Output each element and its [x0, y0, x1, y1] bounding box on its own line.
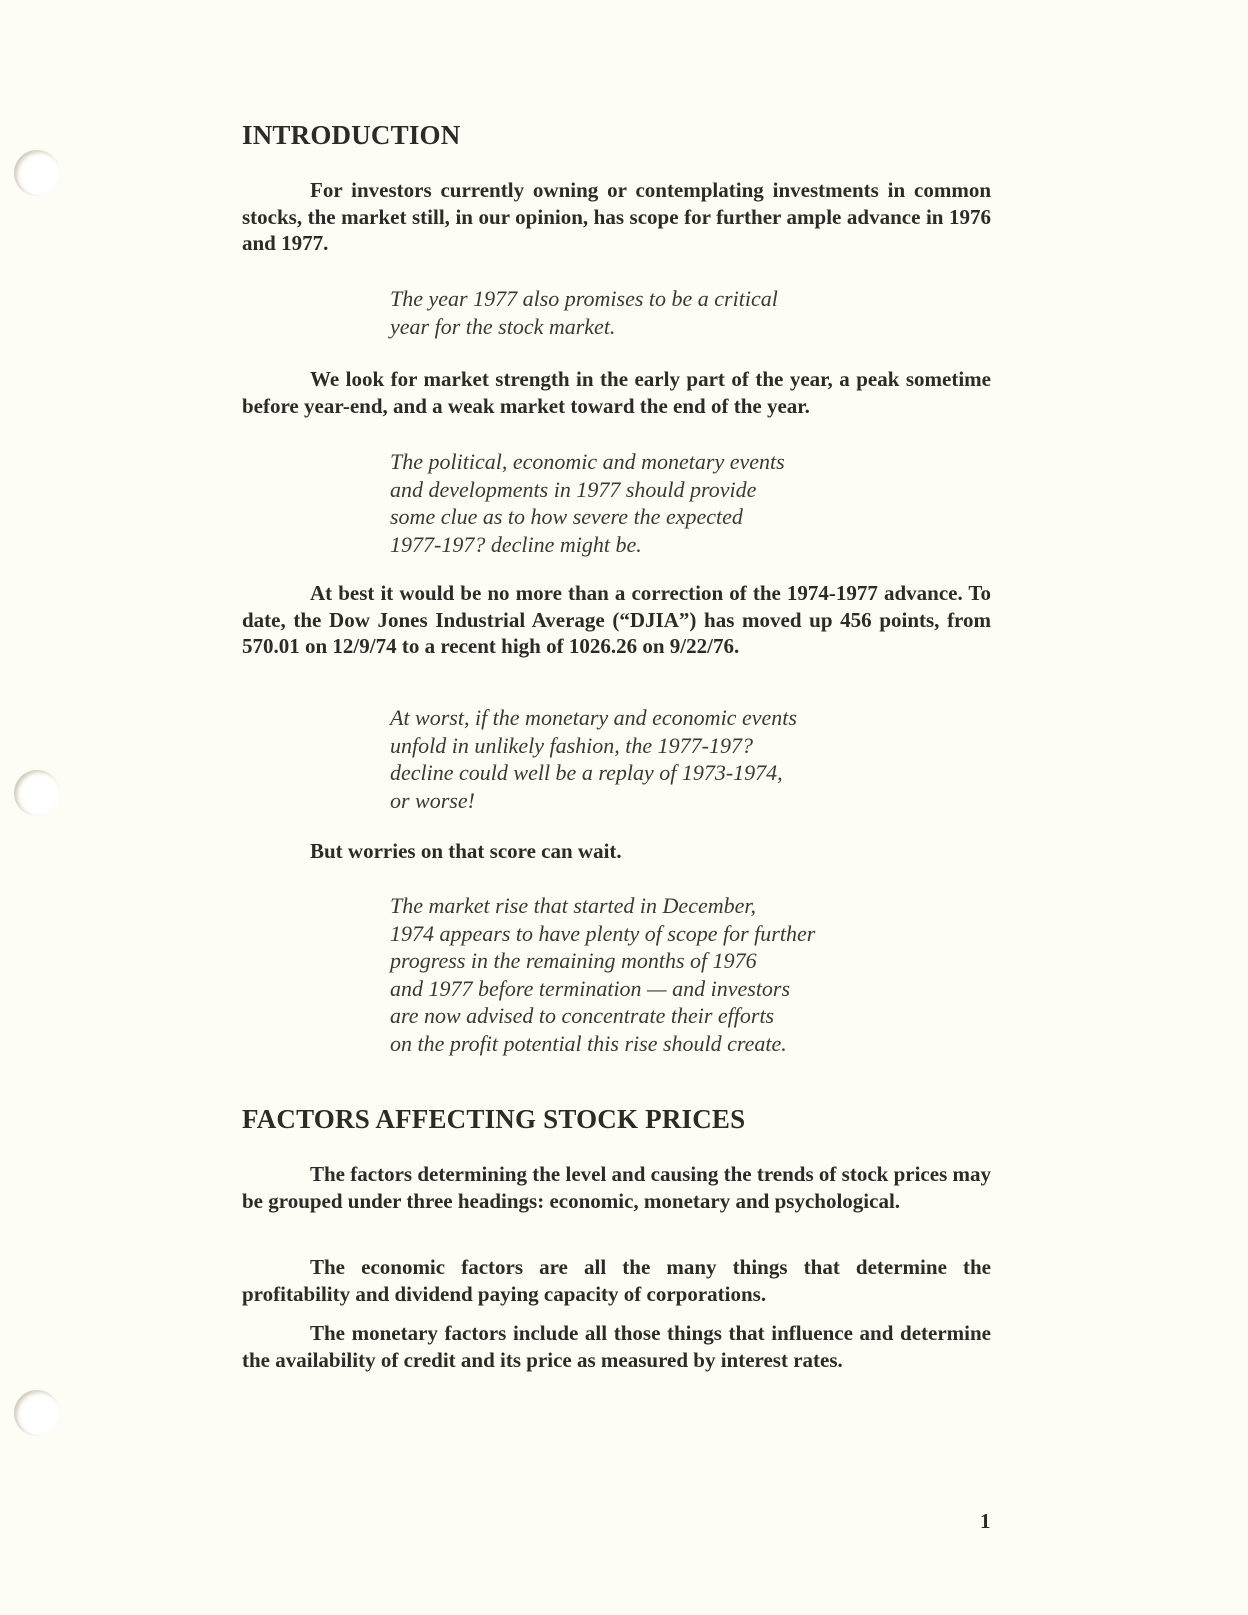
- intro-quote-2: The political, economic and monetary eve…: [390, 448, 910, 558]
- intro-paragraph-3-text: At best it would be no more than a corre…: [242, 581, 991, 658]
- factors-paragraph-1: The factors determining the level and ca…: [242, 1161, 991, 1214]
- intro-paragraph-1-text: For investors currently owning or contem…: [242, 178, 991, 255]
- factors-paragraph-1-text: The factors determining the level and ca…: [242, 1162, 991, 1213]
- factors-paragraph-2-text: The economic factors are all the many th…: [242, 1255, 991, 1306]
- intro-paragraph-4-text: But worries on that score can wait.: [310, 839, 622, 863]
- factors-paragraph-3-text: The monetary factors include all those t…: [242, 1321, 991, 1372]
- binder-hole-bottom: [14, 1390, 60, 1436]
- binder-hole-middle: [14, 770, 60, 816]
- introduction-heading: INTRODUCTION: [242, 120, 460, 151]
- intro-paragraph-3: At best it would be no more than a corre…: [242, 580, 991, 660]
- factors-heading: FACTORS AFFECTING STOCK PRICES: [242, 1104, 745, 1135]
- intro-paragraph-1: For investors currently owning or contem…: [242, 177, 991, 257]
- factors-paragraph-2: The economic factors are all the many th…: [242, 1254, 991, 1307]
- intro-quote-1: The year 1977 also promises to be a crit…: [390, 285, 910, 340]
- page-number: 1: [980, 1509, 991, 1534]
- intro-paragraph-4: But worries on that score can wait.: [242, 838, 991, 865]
- binder-hole-top: [14, 150, 60, 196]
- intro-quote-4: The market rise that started in December…: [390, 892, 910, 1057]
- intro-quote-3: At worst, if the monetary and economic e…: [390, 704, 910, 814]
- intro-paragraph-2-text: We look for market strength in the early…: [242, 367, 991, 418]
- factors-paragraph-3: The monetary factors include all those t…: [242, 1320, 991, 1373]
- intro-paragraph-2: We look for market strength in the early…: [242, 366, 991, 419]
